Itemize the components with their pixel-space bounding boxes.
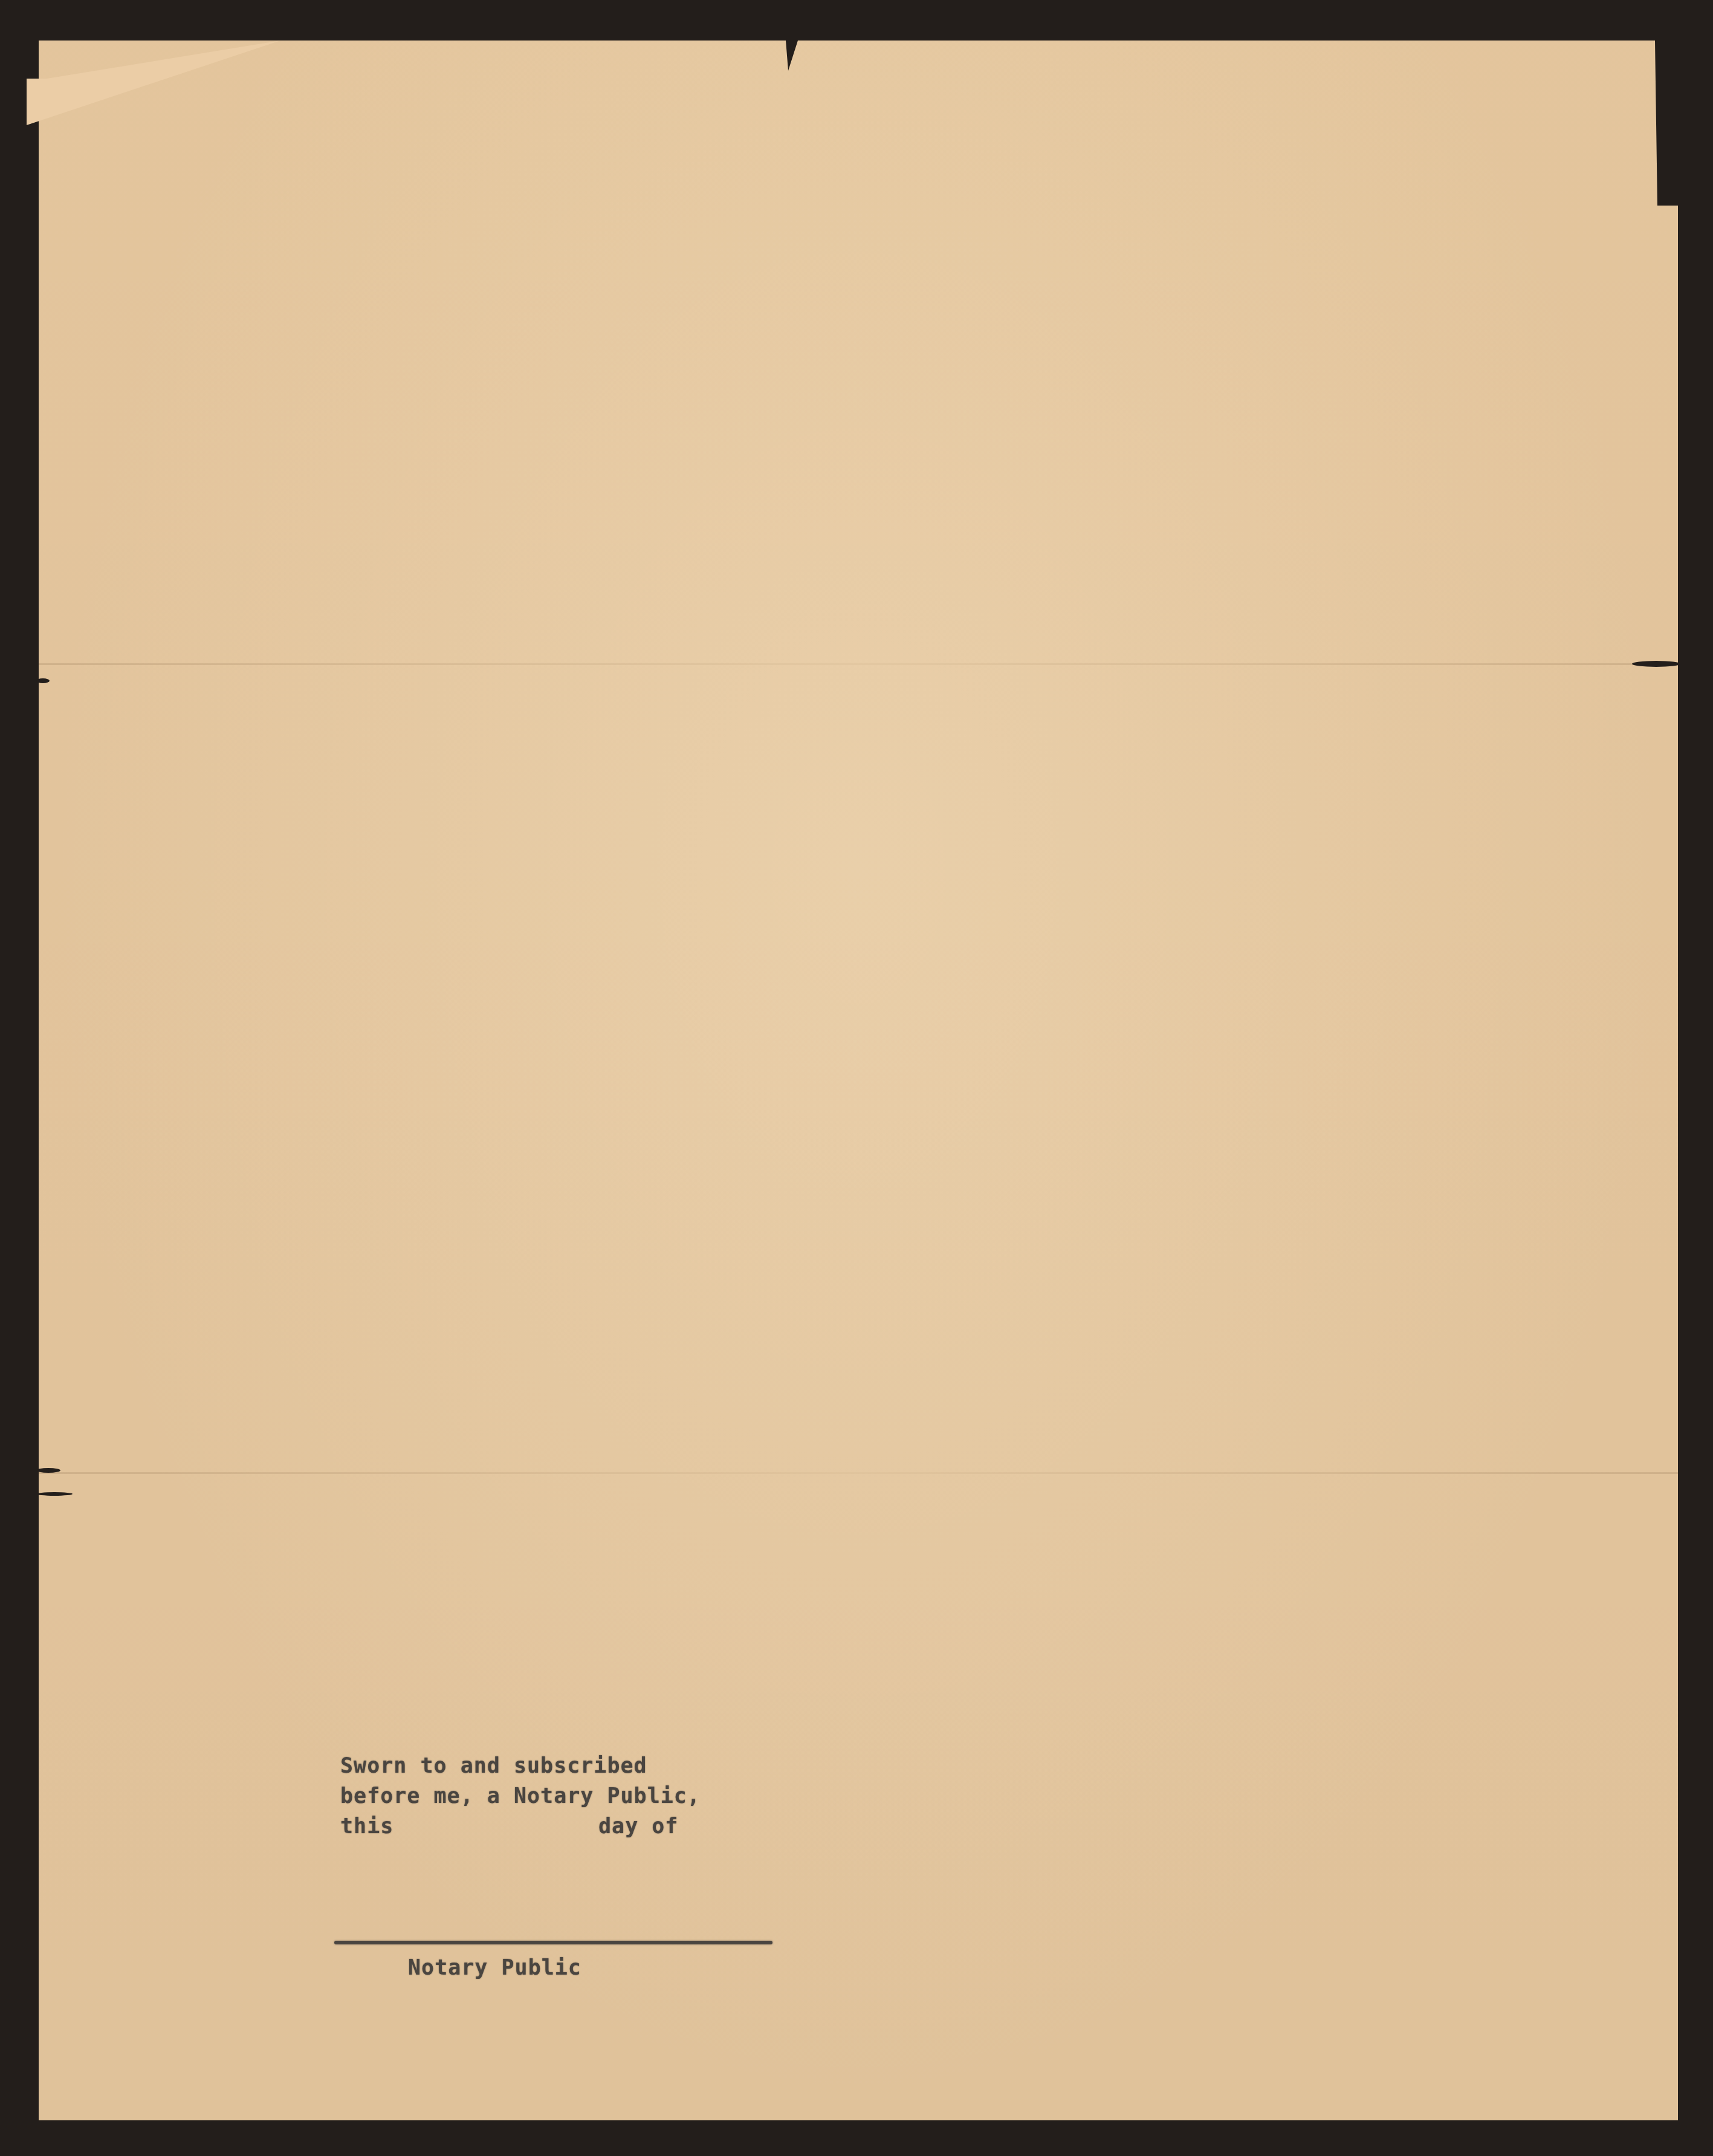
edge-tear-left-lower [36,1468,60,1473]
jurat-line-1: Sworn to and subscribed [340,1751,647,1781]
notary-public-label: Notary Public [408,1953,581,1983]
paper-sheet [39,41,1678,2120]
jurat-line-2: before me, a Notary Public, [340,1781,701,1811]
edge-tear-right [1632,661,1680,667]
fold-crease-lower [39,1472,1678,1474]
edge-tear-left-lower-2 [36,1492,73,1496]
jurat-line-3-start: this [340,1811,393,1842]
signature-line [334,1941,772,1944]
fold-crease-upper [39,663,1678,665]
edge-tear-left-upper [36,678,50,683]
jurat-line-3-end: day of [598,1811,678,1842]
